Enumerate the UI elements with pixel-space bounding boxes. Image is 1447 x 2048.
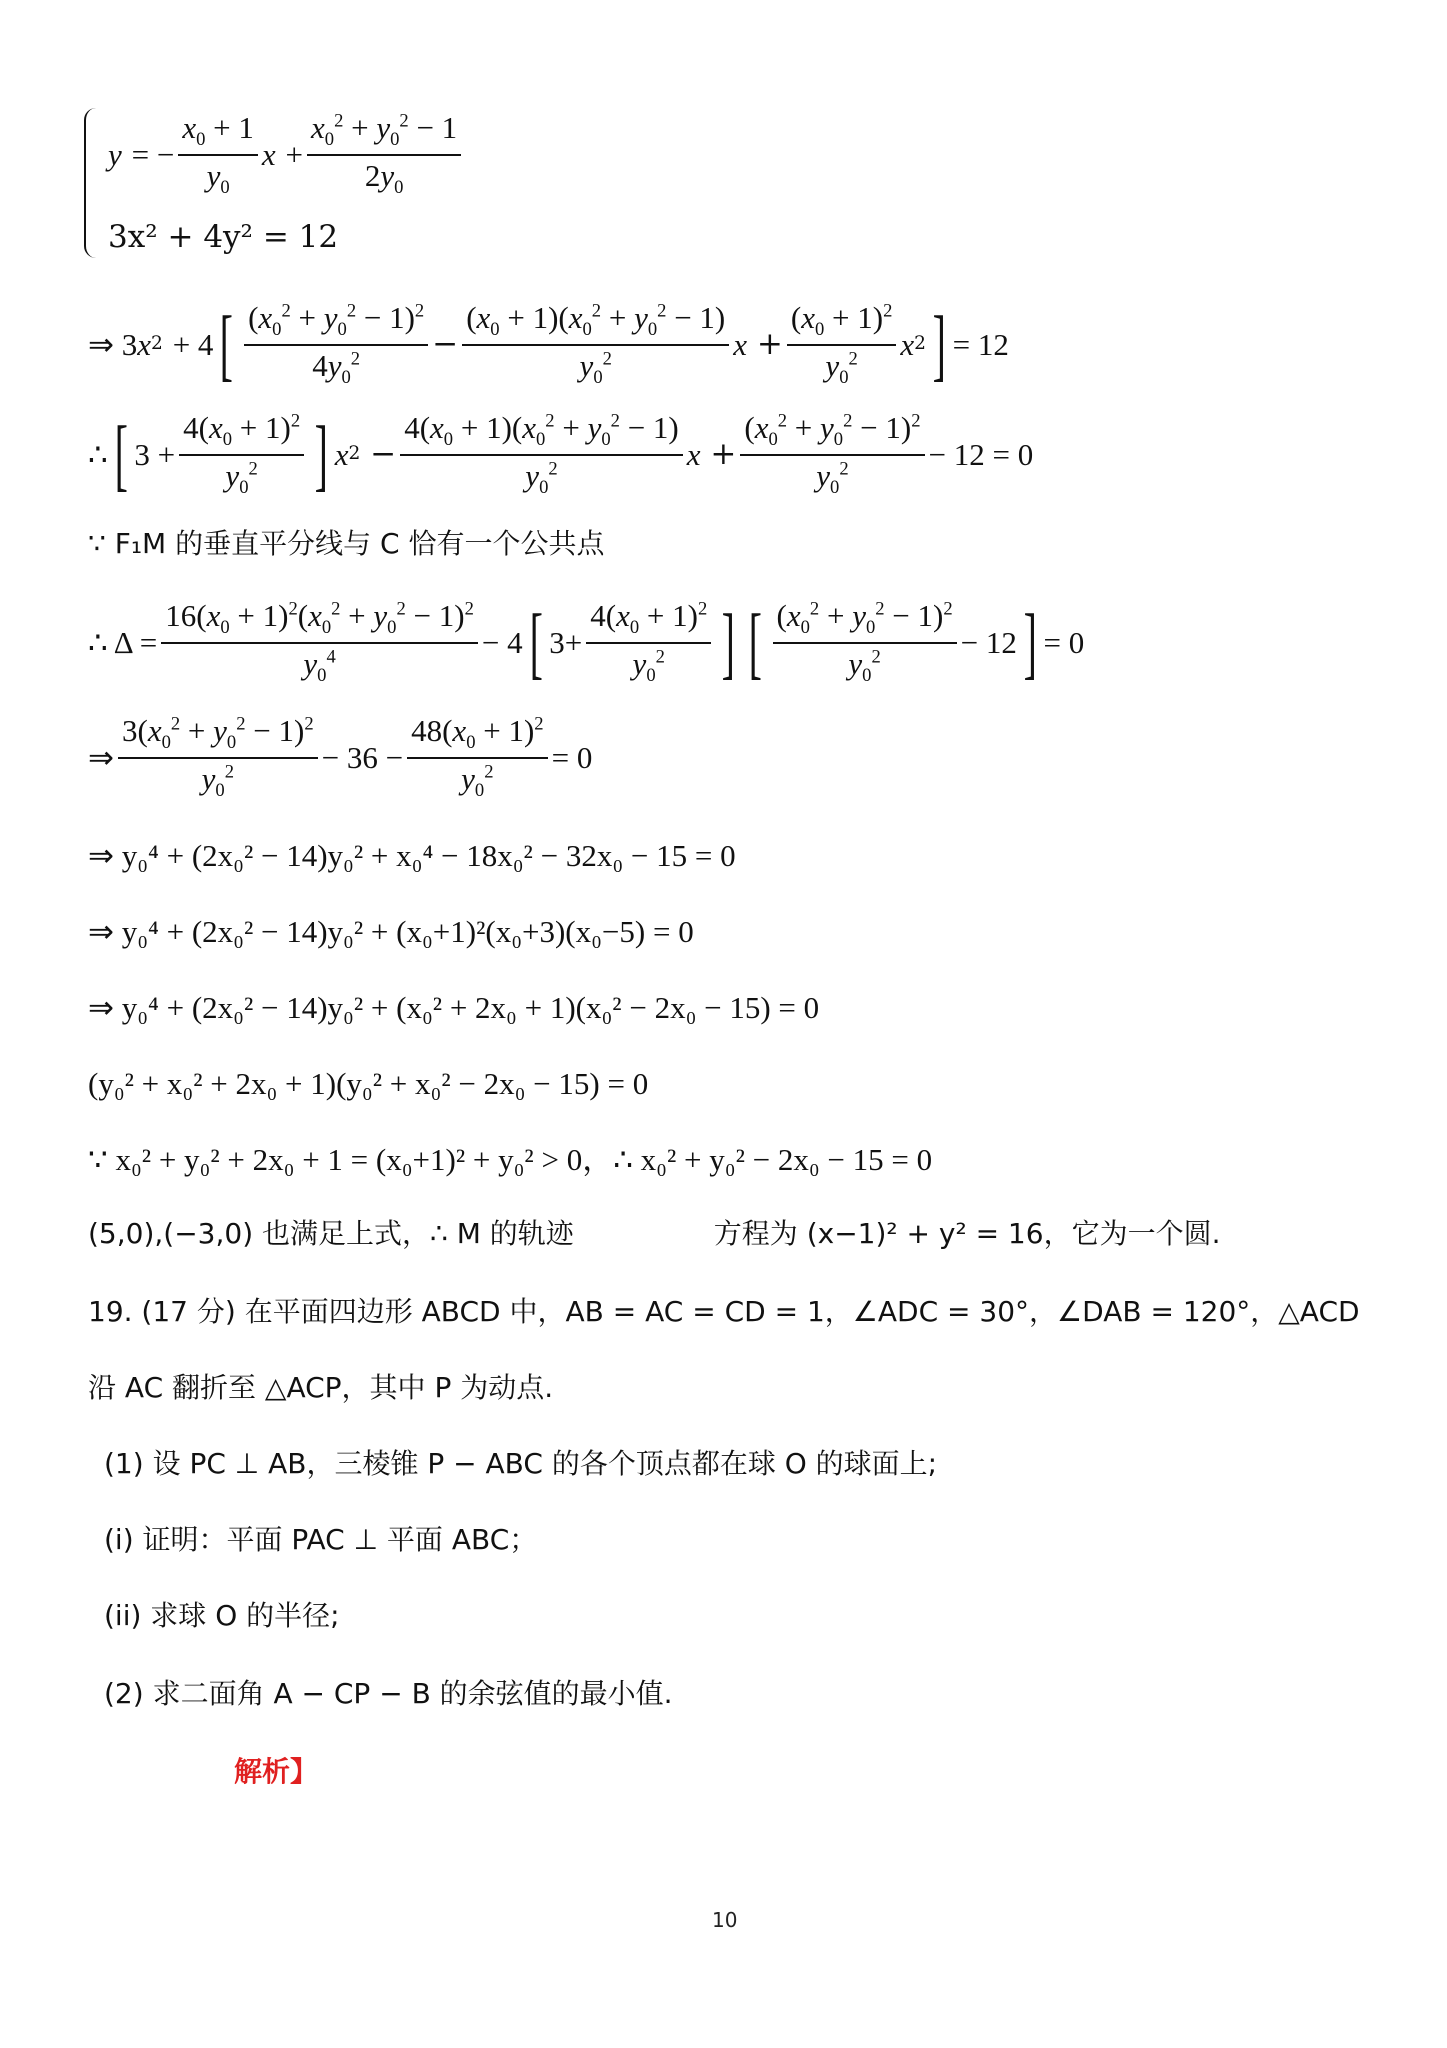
step-quadratic: ∴[3 + 4(x0 + 1)2y02 ]x2 − 4(x0 + 1)(x02 …	[88, 412, 1033, 498]
problem-19-header: 19. (17 分) 在平面四边形 ABCD 中，AB = AC = CD = …	[88, 1298, 1360, 1326]
step-factor-3: (y₀² + x₀² + 2x₀ + 1)(y₀² + x₀² − 2x₀ − …	[88, 1068, 648, 1099]
conclusion-left: (5,0),(−3,0) 也满足上式，∴ M 的轨迹	[88, 1220, 574, 1248]
problem-19-part1-i: (i) 证明：平面 PAC ⊥ 平面 ABC；	[104, 1526, 537, 1554]
step-quartic: ⇒ y₀⁴ + (2x₀² − 14)y₀² + x₀⁴ − 18x₀² − 3…	[88, 840, 736, 871]
conclusion-line: (5,0),(−3,0) 也满足上式，∴ M 的轨迹 方程为 (x−1)² + …	[88, 1220, 1220, 1248]
step-factor-2: ⇒ y₀⁴ + (2x₀² − 14)y₀² + (x₀² + 2x₀ + 1)…	[88, 992, 819, 1023]
step-factor-1: ⇒ y₀⁴ + (2x₀² − 14)y₀² + (x₀+1)²(x₀+3)(x…	[88, 916, 694, 947]
analysis-label: 解析】	[234, 1758, 318, 1786]
step-discriminant: ∴ Δ = 16(x0 + 1)2(x02 + y02 − 1)2y04 − 4…	[88, 600, 1084, 686]
problem-19-line2: 沿 AC 翻折至 △ACP，其中 P 为动点.	[88, 1374, 553, 1402]
problem-19-part1: (1) 设 PC ⊥ AB，三棱锥 P − ABC 的各个顶点都在球 O 的球面…	[104, 1450, 937, 1478]
system-line-2: 3x² + 4y² = 12	[108, 222, 338, 253]
system-line-1: y = − x0 + 1y0 x + x02 + y02 − 12y0	[108, 112, 465, 198]
system-brace	[84, 108, 100, 258]
problem-19-part1-ii: (ii) 求球 O 的半径;	[104, 1602, 340, 1630]
step-positive: ∵ x₀² + y₀² + 2x₀ + 1 = (x₀+1)² + y₀² > …	[88, 1144, 932, 1175]
step-expand: ⇒ 3x2 + 4 [ (x02 + y02 − 1)24y02− (x0 + …	[88, 302, 1009, 388]
step-simplified: ⇒ 3(x02 + y02 − 1)2y02 − 36 − 48(x0 + 1)…	[88, 715, 592, 801]
problem-19-part2: (2) 求二面角 A − CP − B 的余弦值的最小值.	[104, 1680, 673, 1708]
page-number: 10	[712, 1908, 737, 1932]
step-because-bisector: ∵ F₁M 的垂直平分线与 C 恰有一个公共点	[88, 530, 604, 558]
conclusion-right: 方程为 (x−1)² + y² = 16，它为一个圆.	[714, 1220, 1221, 1248]
